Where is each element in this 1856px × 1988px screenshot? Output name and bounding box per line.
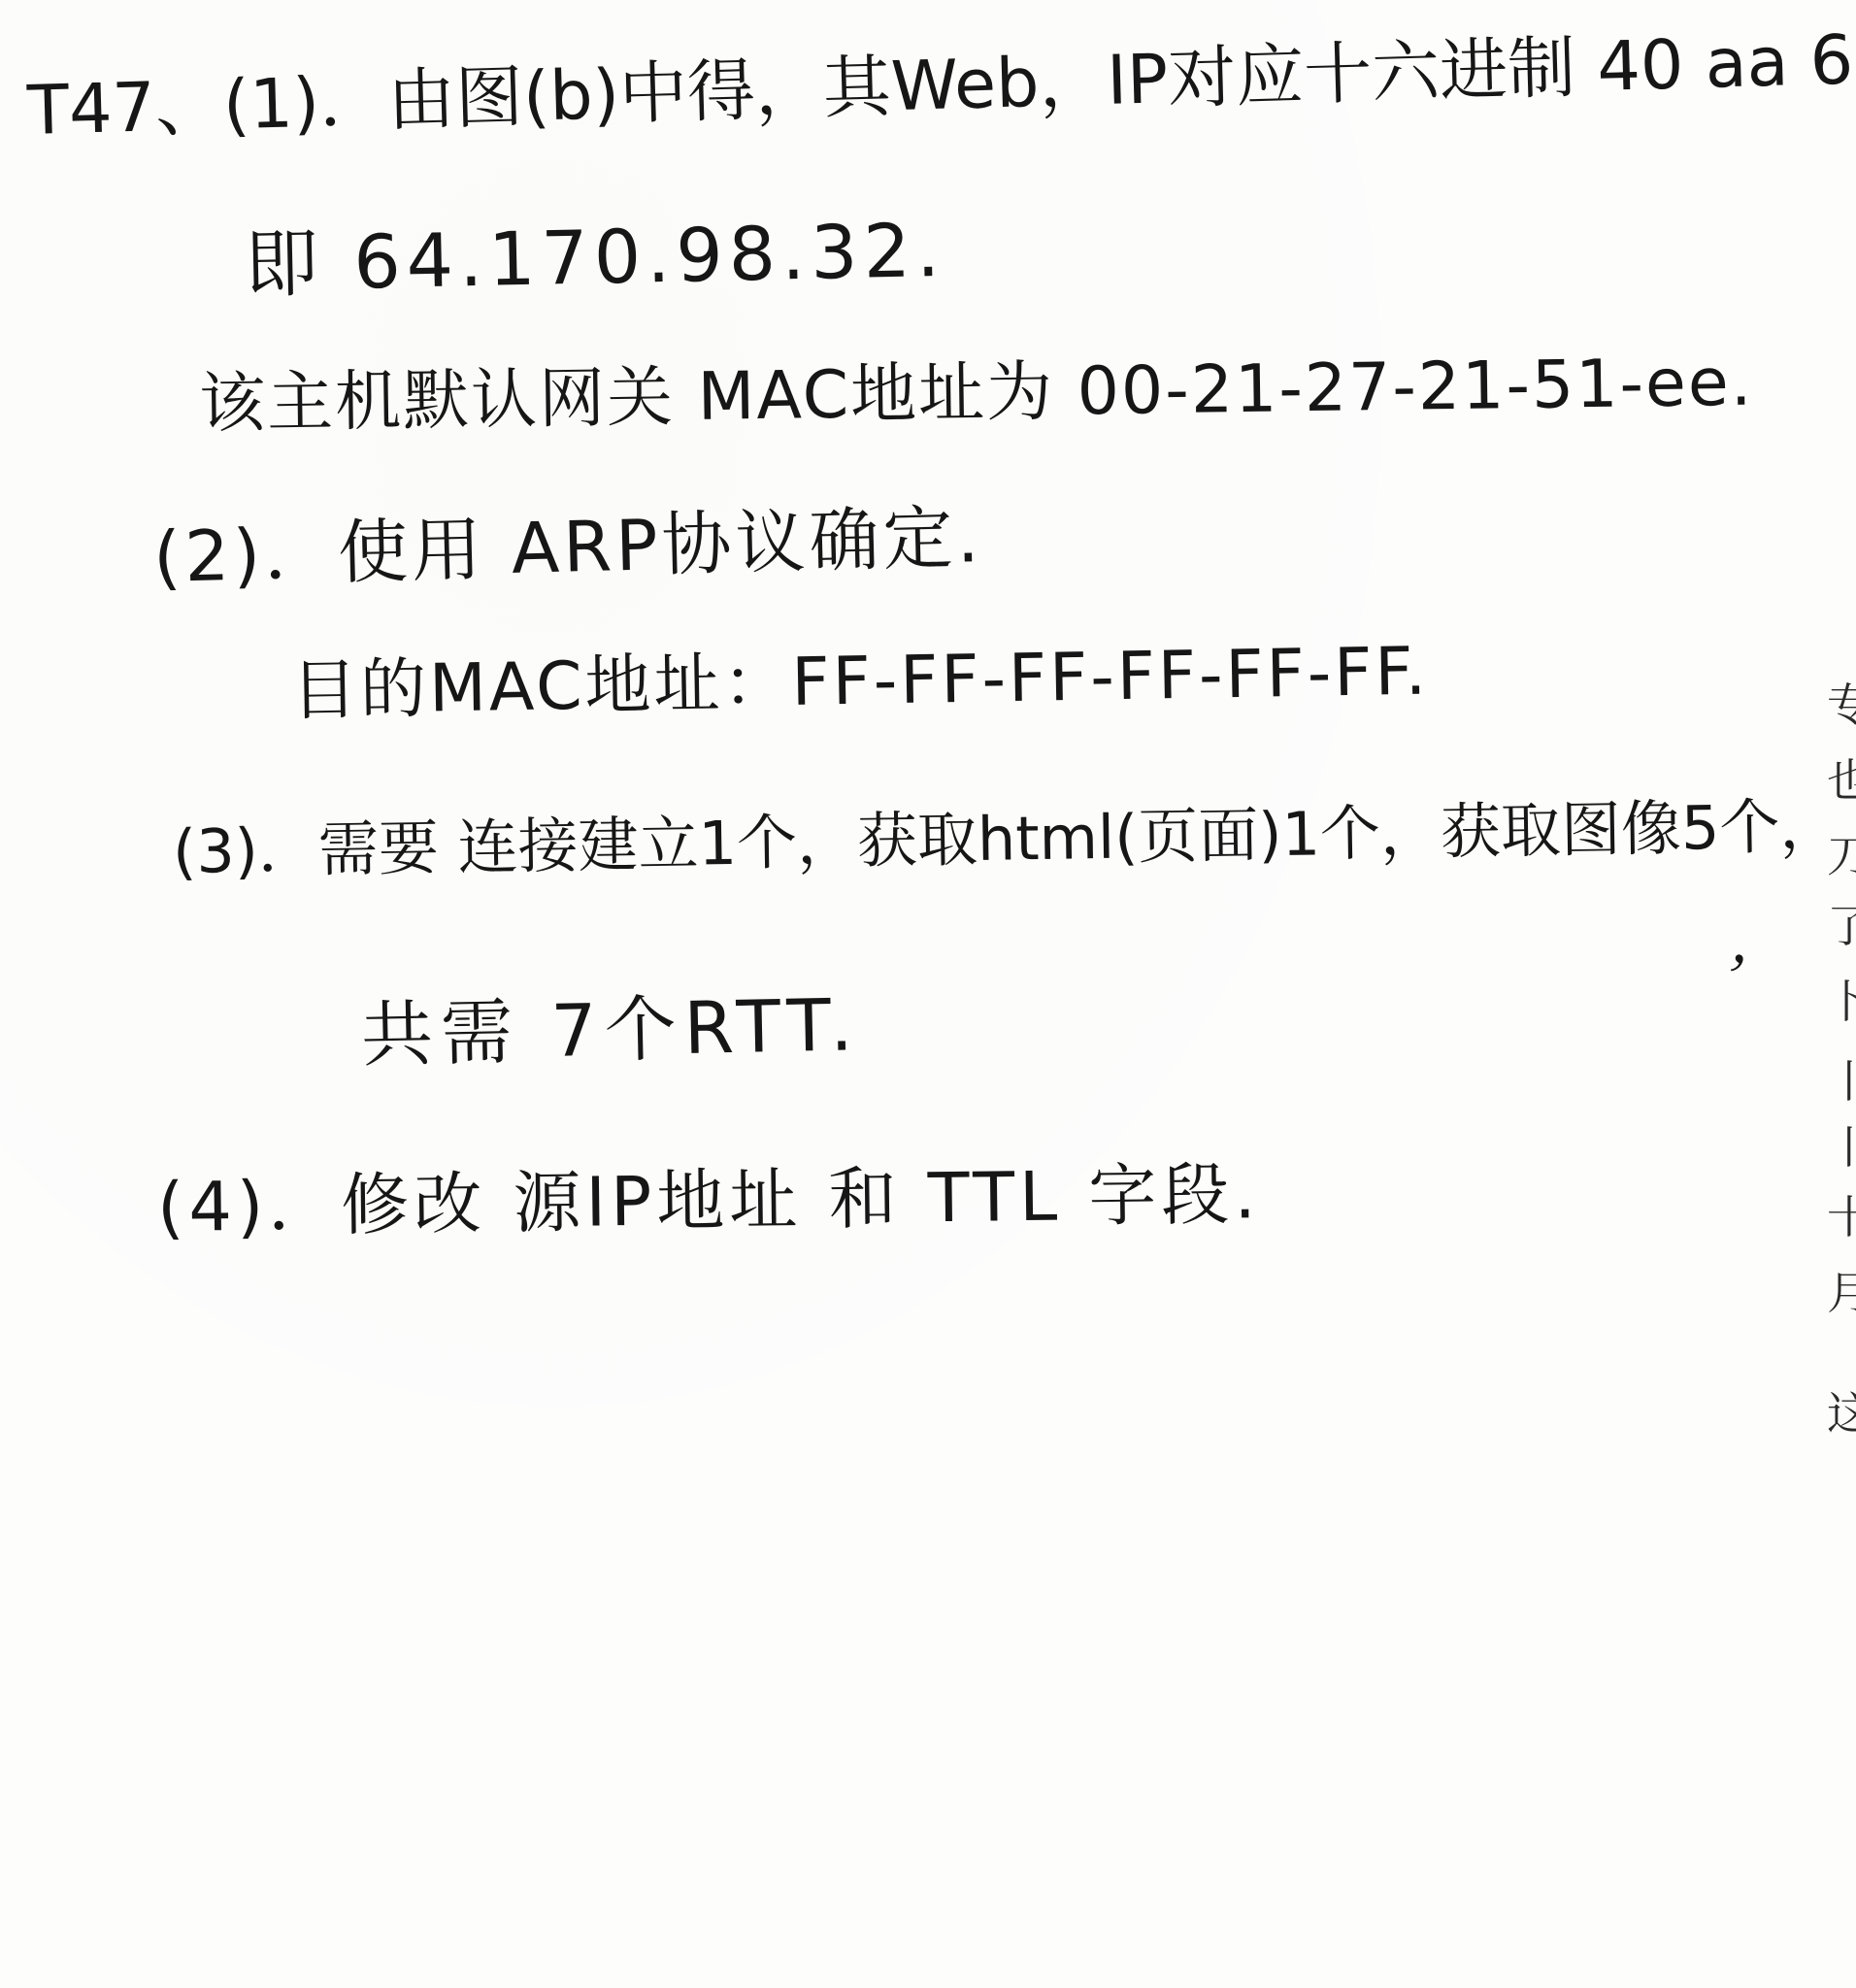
answer-line-part2-arp: (2)．使用 ARP协议确定. xyxy=(152,480,984,602)
adjacent-page-edge-fragments: 专 也 刀 了 卜 丨 丨 十 月 这 xyxy=(1813,0,1856,1988)
answer-line-part4-ip-ttl: (4)．修改 源IP地址 和 TTL 字段. xyxy=(156,1140,1261,1251)
notebook-page: T47、(1)．由图(b)中得，其Web，IP对应十六进制 40 aa 62 2… xyxy=(0,0,1856,1988)
cutoff-character: 这 xyxy=(1827,1378,1856,1442)
answer-line-part3-counts: (3)．需要 连接建立1个，获取html(页面)1个，获取图像5个， xyxy=(172,778,1840,890)
answer-line-part1-ip: 即 64.170.98.32. xyxy=(244,191,946,312)
answer-line-part2-dest-mac: 目的MAC地址：FF-FF-FF-FF-FF-FF. xyxy=(290,619,1430,733)
cutoff-character: 刀 xyxy=(1827,821,1856,885)
cutoff-character: 专 xyxy=(1827,670,1856,734)
cutoff-character: 丨 xyxy=(1827,1112,1856,1176)
cutoff-character: 也 xyxy=(1827,745,1856,810)
cutoff-character: 月 xyxy=(1827,1258,1856,1322)
stray-comma-mark: ， xyxy=(1724,896,1806,993)
cutoff-character: 卜 xyxy=(1827,967,1856,1031)
cutoff-character: 十 xyxy=(1827,1182,1856,1246)
cutoff-character: 丨 xyxy=(1827,1046,1856,1110)
answer-line-part1-hex: T47、(1)．由图(b)中得，其Web，IP对应十六进制 40 aa 62 2… xyxy=(26,0,1856,154)
answer-line-part3-rtt-total: 共需 7个RTT. xyxy=(360,968,862,1081)
cutoff-character: 了 xyxy=(1827,891,1856,955)
answer-line-part1-gateway-mac: 该主机默认网关 MAC地址为 00-21-27-21-51-ee. xyxy=(198,330,1754,446)
